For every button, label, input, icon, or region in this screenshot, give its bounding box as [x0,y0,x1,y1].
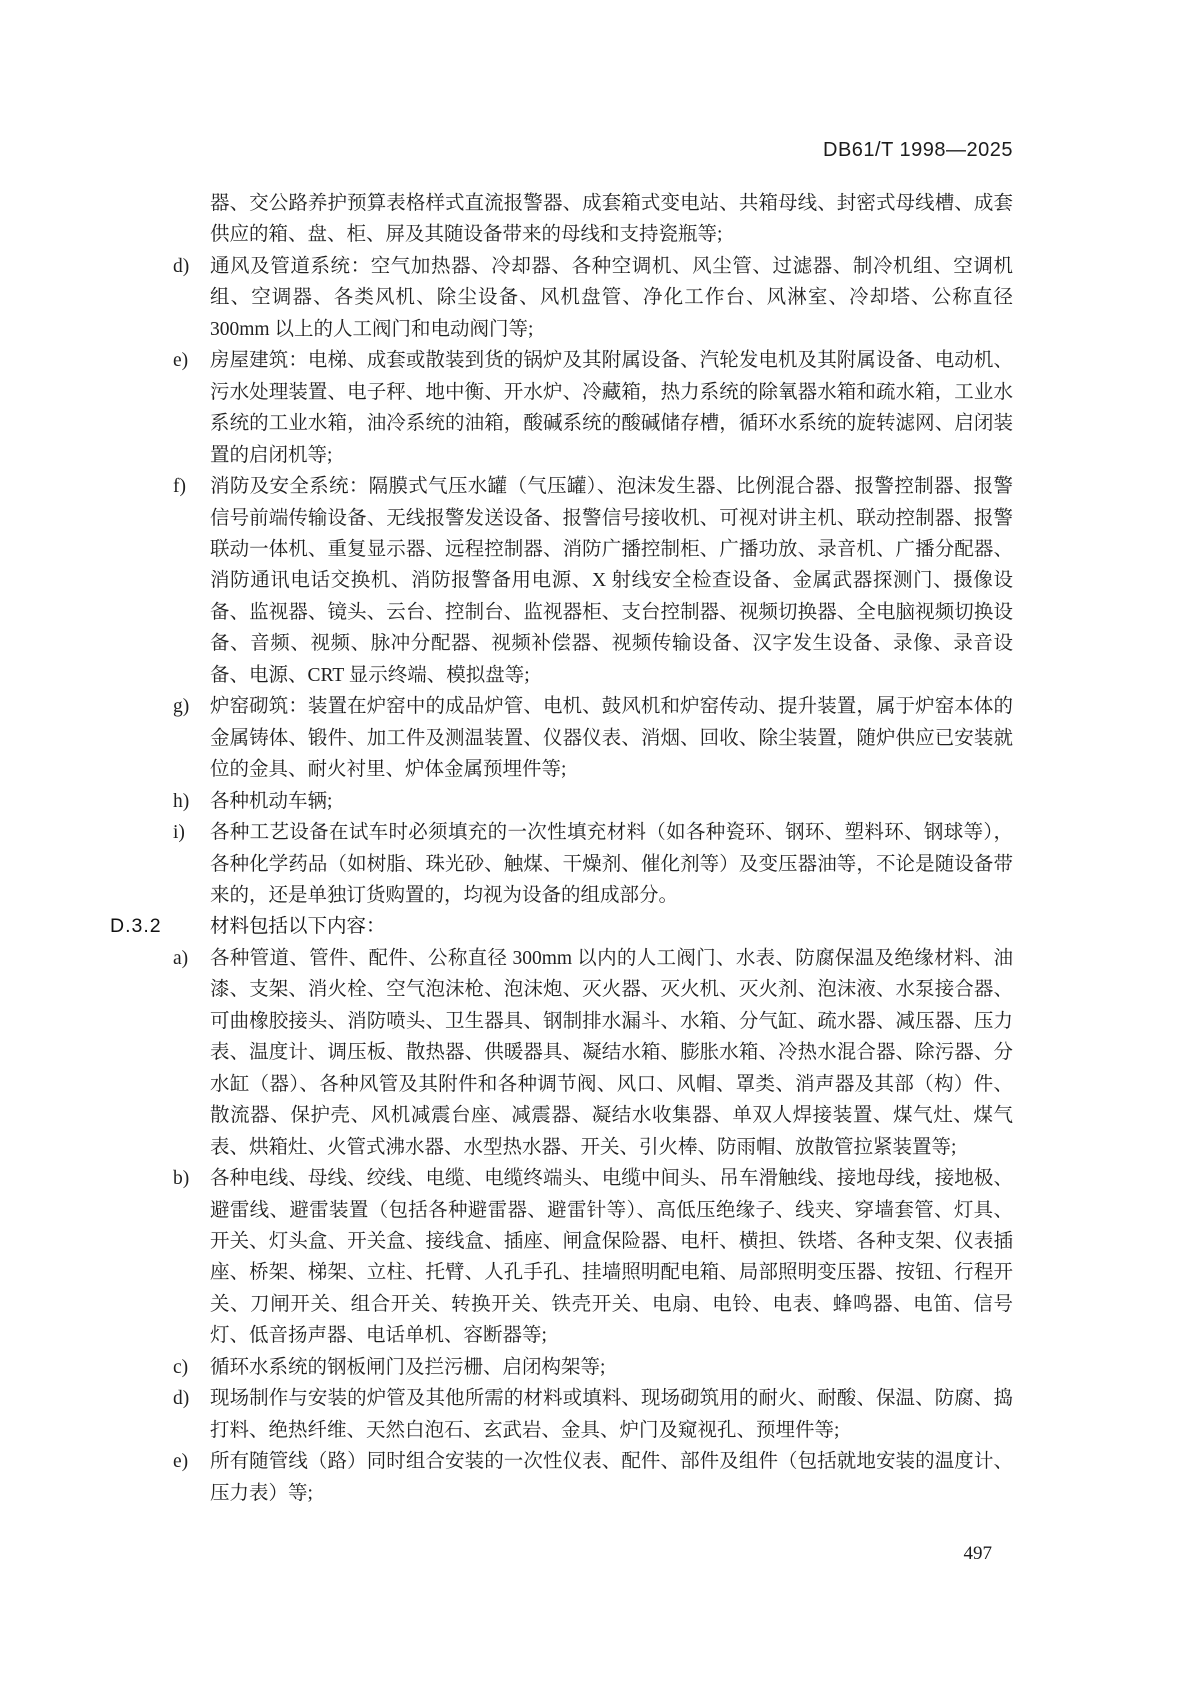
list-item-d: d) 通风及管道系统：空气加热器、冷却器、各种空调机、风尘管、过滤器、制冷机组、… [110,251,1013,345]
list-item-marker: i) [173,817,210,911]
list-item-marker: e) [173,345,210,471]
clause-heading-d32: D.3.2 材料包括以下内容： [110,911,1013,942]
list-item-text: 炉窑砌筑：装置在炉窑中的成品炉管、电机、鼓风机和炉窑传动、提升装置，属于炉窑本体… [210,691,1013,785]
list-item-text: 各种机动车辆; [210,786,1013,817]
page-number: 497 [964,1543,993,1565]
clause-number: D.3.2 [110,911,210,942]
continuation-paragraph: 器、交公路养护预算表格样式直流报警器、成套箱式变电站、共箱母线、封密式母线槽、成… [110,188,1013,251]
list-item-marker: b) [173,1163,210,1352]
list-item-marker: g) [173,691,210,785]
list-item-text: 现场制作与安装的炉管及其他所需的材料或填料、现场砌筑用的耐火、耐酸、保温、防腐、… [210,1383,1013,1446]
list-item-marker: f) [173,471,210,691]
list-item-c2: c) 循环水系统的钢板闸门及拦污栅、启闭构架等; [110,1352,1013,1383]
list-item-b2: b) 各种电线、母线、绞线、电缆、电缆终端头、电缆中间头、吊车滑触线、接地母线，… [110,1163,1013,1352]
list-item-text: 各种工艺设备在试车时必须填充的一次性填充材料（如各种瓷环、钢环、塑料环、钢球等）… [210,817,1013,911]
list-item-text: 通风及管道系统：空气加热器、冷却器、各种空调机、风尘管、过滤器、制冷机组、空调机… [210,251,1013,345]
list-item-text: 循环水系统的钢板闸门及拦污栅、启闭构架等; [210,1352,1013,1383]
document-page: DB61/T 1998—2025 器、交公路养护预算表格样式直流报警器、成套箱式… [0,0,1190,1683]
list-item-a2: a) 各种管道、管件、配件、公称直径 300mm 以内的人工阀门、水表、防腐保温… [110,943,1013,1163]
list-item-f: f) 消防及安全系统：隔膜式气压水罐（气压罐）、泡沫发生器、比例混合器、报警控制… [110,471,1013,691]
list-item-marker: d) [173,251,210,345]
list-item-e: e) 房屋建筑：电梯、成套或散装到货的锅炉及其附属设备、汽轮发电机及其附属设备、… [110,345,1013,471]
list-item-marker: c) [173,1352,210,1383]
list-item-text: 消防及安全系统：隔膜式气压水罐（气压罐）、泡沫发生器、比例混合器、报警控制器、报… [210,471,1013,691]
list-item-g: g) 炉窑砌筑：装置在炉窑中的成品炉管、电机、鼓风机和炉窑传动、提升装置，属于炉… [110,691,1013,785]
list-item-marker: h) [173,786,210,817]
list-item-d2: d) 现场制作与安装的炉管及其他所需的材料或填料、现场砌筑用的耐火、耐酸、保温、… [110,1383,1013,1446]
list-item-e2: e) 所有随管线（路）同时组合安装的一次性仪表、配件、部件及组件（包括就地安装的… [110,1446,1013,1509]
list-item-marker: a) [173,943,210,1163]
standard-number-header: DB61/T 1998—2025 [823,139,1013,162]
list-item-i: i) 各种工艺设备在试车时必须填充的一次性填充材料（如各种瓷环、钢环、塑料环、钢… [110,817,1013,911]
list-item-marker: d) [173,1383,210,1446]
list-item-h: h) 各种机动车辆; [110,786,1013,817]
list-item-text: 各种电线、母线、绞线、电缆、电缆终端头、电缆中间头、吊车滑触线、接地母线，接地极… [210,1163,1013,1352]
list-item-text: 各种管道、管件、配件、公称直径 300mm 以内的人工阀门、水表、防腐保温及绝缘… [210,943,1013,1163]
document-body: 器、交公路养护预算表格样式直流报警器、成套箱式变电站、共箱母线、封密式母线槽、成… [110,188,1013,1509]
list-item-text: 所有随管线（路）同时组合安装的一次性仪表、配件、部件及组件（包括就地安装的温度计… [210,1446,1013,1509]
clause-title: 材料包括以下内容： [210,911,1013,942]
list-item-text: 房屋建筑：电梯、成套或散装到货的锅炉及其附属设备、汽轮发电机及其附属设备、电动机… [210,345,1013,471]
list-item-marker: e) [173,1446,210,1509]
